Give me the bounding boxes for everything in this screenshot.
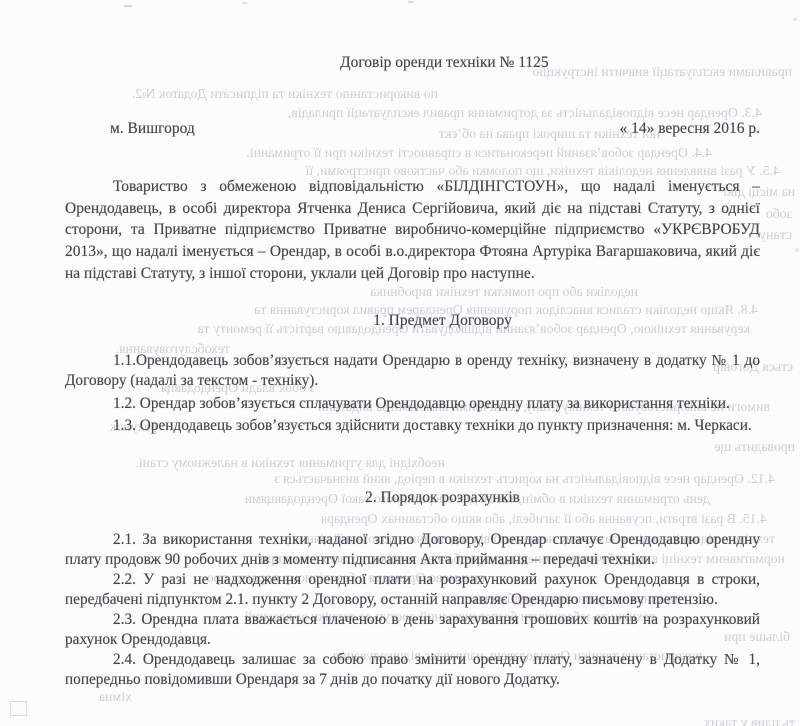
bleed-through-text: хімна (40, 689, 132, 704)
bleed-through-text: ть плив у таких (640, 715, 795, 726)
scan-speck (242, 2, 247, 4)
contract-clause: 2.1. За використання техніки, наданої зг… (65, 530, 760, 570)
bleed-through-text: 4.3. Орендар несе відповідальність за до… (112, 105, 762, 120)
section-2-heading: 2. Порядок розрахунків (65, 489, 760, 507)
contract-clause: 1.2. Орендар зобов’язується сплачувати О… (65, 394, 760, 414)
scan-speck (793, 18, 797, 21)
contract-city: м. Вишгород (65, 120, 195, 138)
scanned-contract-page: правилами експлуатації вивчити інструкці… (0, 0, 800, 726)
contract-clause: 2.4. Орендодавець залишає за собою право… (65, 650, 760, 690)
bleed-through-text: необхідні для утримання техніки в належн… (100, 455, 445, 470)
section-2-clauses: 2.1. За використання техніки, наданої зг… (65, 530, 760, 690)
scan-speck (124, 5, 132, 7)
section-1-clauses: 1.1.Орендодавець зобов’язується надати О… (65, 351, 760, 438)
bleed-through-text: недоліки або про помилки техніки виробни… (238, 284, 638, 299)
bleed-through-text: по використанню техніки та підписати Дод… (118, 86, 438, 101)
bleed-through-text: 4.15. В разі втрати, псування або її заг… (95, 511, 767, 526)
scan-speck (408, 1, 414, 3)
scan-corner-artifact (10, 701, 27, 716)
contract-preamble: Товариство з обмеженою відповідальністю … (65, 176, 760, 285)
bleed-through-text: провадить ще (650, 439, 795, 454)
bleed-through-text: 4.12. Орендар несе відповідальність на к… (95, 471, 775, 486)
contract-clause: 2.2. У разі не надходження орендної плат… (65, 570, 760, 610)
contract-clause: 1.3. Орендодавець зобов’язується здійсни… (65, 416, 760, 436)
scan-speck (795, 248, 799, 252)
contract-date: « 14» вересня 2016 р. (619, 120, 760, 138)
bleed-through-text: 4.4. Орендар зобов’язаний переконатися в… (112, 145, 712, 160)
contract-title: Договір оренди техніки № 1125 (340, 54, 549, 72)
contract-clause: 1.1.Орендодавець зобов’язується надати О… (65, 351, 760, 392)
section-1-heading: 1. Предмет Договору (65, 312, 760, 330)
contract-clause: 2.3. Орендна плата вважається плаченою в… (65, 610, 760, 650)
city-date-row: м. Вишгород « 14» вересня 2016 р. (65, 120, 760, 138)
